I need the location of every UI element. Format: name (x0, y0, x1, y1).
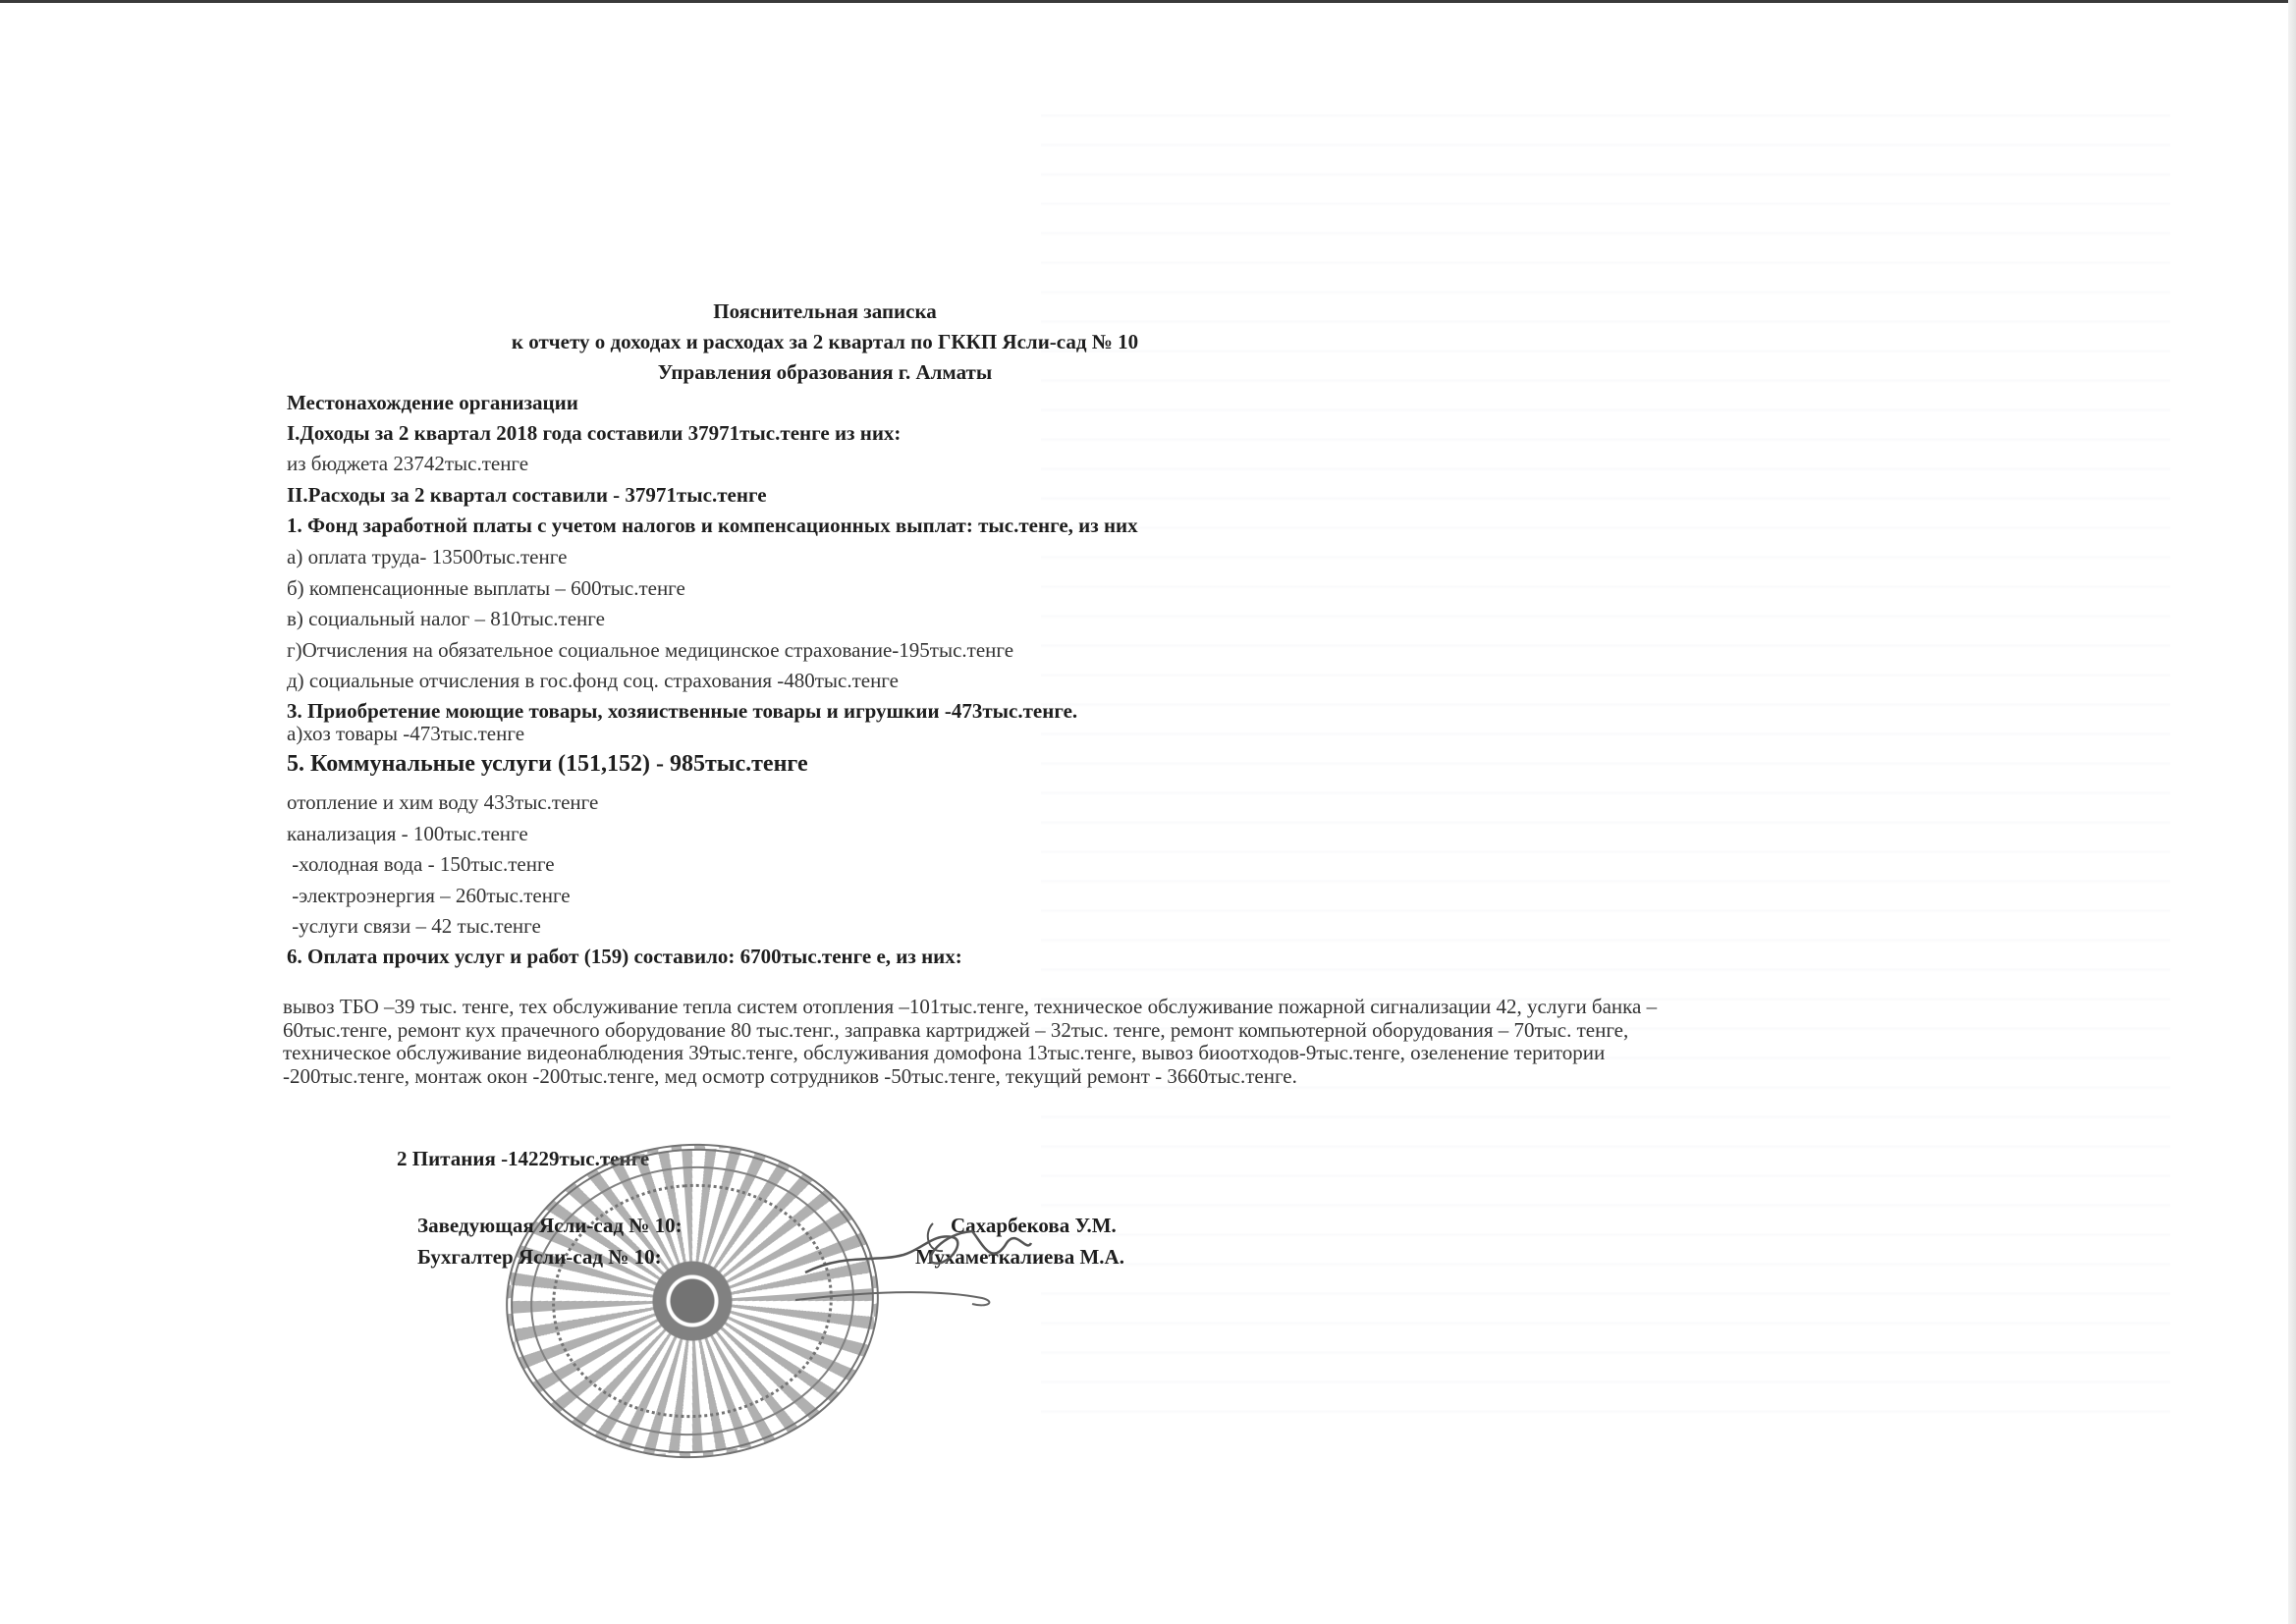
section3-item: а)хоз товары -473тыс.тенге (287, 722, 524, 745)
section5-item: -услуги связи – 42 тыс.тенге (287, 914, 541, 938)
section6-heading: 6. Оплата прочих услуг и работ (159) сос… (287, 945, 962, 968)
location-heading: Местонахождение организации (287, 391, 578, 414)
document-subtitle-1: к отчету о доходах и расходах за 2 кварт… (373, 330, 1277, 353)
bleed-through-texture (1041, 88, 2170, 1414)
scan-edge-right (2288, 0, 2296, 1624)
document-subtitle-2: Управления образования г. Алматы (491, 360, 1159, 384)
section1-item: г)Отчисления на обязательное социальное … (287, 638, 1013, 662)
signature-role-accountant: Бухгалтер Ясли-сад № 10: (417, 1245, 662, 1269)
section5-item: канализация - 100тыс.тенге (287, 822, 528, 845)
section5-item: -холодная вода - 150тыс.тенге (287, 852, 555, 876)
section1-item: в) социальный налог – 810тыс.тенге (287, 607, 605, 630)
section1-item: д) социальные отчисления в гос.фонд соц.… (287, 669, 899, 692)
section6-details: вывоз ТБО –39 тыс. тенге, тех обслуживан… (283, 996, 1717, 1088)
income-budget: из бюджета 23742тыс.тенге (287, 452, 528, 475)
section3-heading: 3. Приобретение моющие товары, хозяистве… (287, 699, 1077, 723)
section5-item: -электроэнергия – 260тыс.тенге (287, 884, 571, 907)
scan-edge-top (0, 0, 2296, 3)
document-title: Пояснительная записка (550, 299, 1100, 323)
signature-role-head: Заведующая Ясли-сад № 10: (417, 1214, 683, 1237)
handwritten-signature (786, 1214, 1100, 1312)
section1-heading: 1. Фонд заработной платы с учетом налого… (287, 514, 1138, 537)
section1-item: а) оплата труда- 13500тыс.тенге (287, 545, 567, 568)
section5-item: отопление и хим воду 433тыс.тенге (287, 790, 598, 814)
section1-item: б) компенсационные выплаты – 600тыс.тенг… (287, 576, 685, 600)
income-heading: I.Доходы за 2 квартал 2018 года составил… (287, 421, 901, 445)
expenses-heading: II.Расходы за 2 квартал составили - 3797… (287, 483, 767, 507)
section5-heading: 5. Коммунальные услуги (151,152) - 985ты… (287, 752, 808, 776)
